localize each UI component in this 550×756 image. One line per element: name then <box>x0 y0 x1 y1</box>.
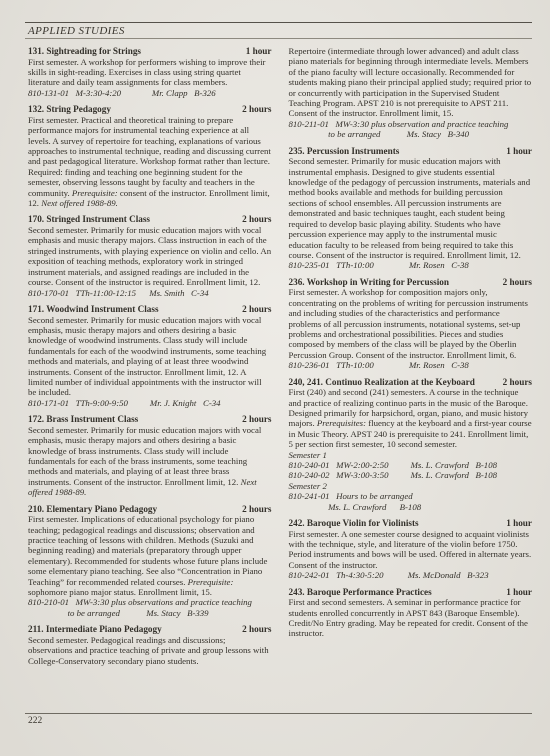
course-heading: 240, 241. Continuo Realization at the Ke… <box>289 377 533 388</box>
course-heading: 242. Baroque Violin for Violinists1 hour <box>289 518 533 529</box>
schedule-line: to be arranged Ms. Stacy B-339 <box>28 608 272 618</box>
schedule-line: to be arranged Ms. Stacy B-340 <box>289 129 533 139</box>
course-entry: 210. Elementary Piano Pedagogy2 hoursFir… <box>28 504 272 619</box>
text-run: Second semester. Primarily for music edu… <box>28 315 266 398</box>
catalog-page: APPLIED STUDIES 131. Sightreading for St… <box>0 0 550 756</box>
schedule-line: 810-210-01 MW-3:30 plus observations and… <box>28 597 272 607</box>
course-heading: 131. Sightreading for Strings1 hour <box>28 46 272 57</box>
course-description: Repertoire (intermediate through lower a… <box>289 46 533 119</box>
course-description: Second semester. Primarily for music edu… <box>28 315 272 398</box>
text-run: First semester. A one semester course de… <box>289 529 532 570</box>
course-hours: 2 hours <box>242 304 271 315</box>
course-entry: 131. Sightreading for Strings1 hourFirst… <box>28 46 272 98</box>
course-continuation: Repertoire (intermediate through lower a… <box>289 46 533 140</box>
schedule-line: 810-236-01 TTh-10:00 Mr. Rosen C-38 <box>289 360 533 370</box>
course-entry: 235. Percussion Instruments1 hourSecond … <box>289 146 533 271</box>
text-run: Second semester. Primarily for music edu… <box>289 156 531 260</box>
schedule-line: 810-235-01 TTh-10:00 Mr. Rosen C-38 <box>289 260 533 270</box>
course-entry: 132. String Pedagogy2 hoursFirst semeste… <box>28 104 272 208</box>
schedule-line: Ms. L. Crawford B-108 <box>289 502 533 512</box>
schedule-line: 810-170-01 TTh-11:00-12:15 Ms. Smith C-3… <box>28 288 272 298</box>
course-description: Second semester. Primarily for music edu… <box>28 225 272 287</box>
course-title: 132. String Pedagogy <box>28 104 111 115</box>
course-description: First semester. Implications of educatio… <box>28 514 272 597</box>
course-title: 235. Percussion Instruments <box>289 146 400 157</box>
footer-rule <box>25 713 532 714</box>
text-run: First semester. Practical and theoretica… <box>28 115 271 198</box>
schedule-line: Semester 1 <box>289 450 533 460</box>
course-description: First and second semesters. A seminar in… <box>289 597 533 639</box>
course-entry: 172. Brass Instrument Class2 hoursSecond… <box>28 414 272 497</box>
text-run: Repertoire (intermediate through lower a… <box>289 46 532 118</box>
italic-run: Prerequisite: <box>72 188 118 198</box>
course-heading: 236. Workshop in Writing for Percussion2… <box>289 277 533 288</box>
text-columns: 131. Sightreading for Strings1 hourFirst… <box>28 46 532 666</box>
schedule-line: 810-240-01 MW-2:00-2:50 Ms. L. Crawford … <box>289 460 533 470</box>
course-hours: 2 hours <box>503 277 532 288</box>
schedule-line: 810-171-01 TTh-9:00-9:50 Mr. J. Knight C… <box>28 398 272 408</box>
course-description: First semester. A one semester course de… <box>289 529 533 571</box>
right-column: Repertoire (intermediate through lower a… <box>289 46 533 666</box>
italic-run: Prerequisite: <box>188 577 234 587</box>
text-run: Second semester. Primarily for music edu… <box>28 425 261 487</box>
course-heading: 210. Elementary Piano Pedagogy2 hours <box>28 504 272 515</box>
text-run: First semester. A workshop for performer… <box>28 57 265 88</box>
course-entry: 240, 241. Continuo Realization at the Ke… <box>289 377 533 512</box>
course-title: 211. Intermediate Piano Pedagogy <box>28 624 162 635</box>
running-head: APPLIED STUDIES <box>28 25 125 37</box>
schedule-line: 810-241-01 Hours to be arranged <box>289 491 533 501</box>
course-hours: 2 hours <box>242 104 271 115</box>
course-hours: 1 hour <box>246 46 272 57</box>
course-hours: 2 hours <box>242 414 271 425</box>
course-heading: 243. Baroque Performance Practices1 hour <box>289 587 533 598</box>
schedule-line: 810-242-01 Th-4:30-5:20 Ms. McDonald B-3… <box>289 570 533 580</box>
course-entry: 170. Stringed Instrument Class2 hoursSec… <box>28 214 272 297</box>
course-description: Second semester. Primarily for music edu… <box>289 156 533 260</box>
running-head-underline <box>25 38 532 39</box>
text-run: Second semester. Primarily for music edu… <box>28 225 271 287</box>
text-run: First semester. A workshop for compositi… <box>289 287 528 359</box>
course-title: 210. Elementary Piano Pedagogy <box>28 504 157 515</box>
course-heading: 132. String Pedagogy2 hours <box>28 104 272 115</box>
italic-run: Next offered 1988-89. <box>41 198 118 208</box>
course-hours: 2 hours <box>242 504 271 515</box>
schedule-line: Semester 2 <box>289 481 533 491</box>
course-entry: 236. Workshop in Writing for Percussion2… <box>289 277 533 371</box>
course-heading: 211. Intermediate Piano Pedagogy2 hours <box>28 624 272 635</box>
course-entry: 242. Baroque Violin for Violinists1 hour… <box>289 518 533 581</box>
course-heading: 171. Woodwind Instrument Class2 hours <box>28 304 272 315</box>
left-column: 131. Sightreading for Strings1 hourFirst… <box>28 46 272 666</box>
schedule-line: 810-240-02 MW-3:00-3:50 Ms. L. Crawford … <box>289 470 533 480</box>
course-title: 171. Woodwind Instrument Class <box>28 304 159 315</box>
text-run: First and second semesters. A seminar in… <box>289 597 528 638</box>
course-title: 170. Stringed Instrument Class <box>28 214 150 225</box>
course-hours: 1 hour <box>506 587 532 598</box>
text-run: Second semester. Pedagogical readings an… <box>28 635 269 666</box>
course-title: 243. Baroque Performance Practices <box>289 587 432 598</box>
course-description: First semester. A workshop for compositi… <box>289 287 533 360</box>
course-hours: 2 hours <box>242 214 271 225</box>
course-hours: 2 hours <box>242 624 271 635</box>
italic-run: Prerequisites: <box>317 418 366 428</box>
course-description: Second semester. Pedagogical readings an… <box>28 635 272 666</box>
course-description: First semester. A workshop for performer… <box>28 57 272 88</box>
course-heading: 235. Percussion Instruments1 hour <box>289 146 533 157</box>
text-run: sophomore piano major status. Enrollment… <box>28 587 212 597</box>
page-number: 222 <box>28 716 42 726</box>
course-title: 172. Brass Instrument Class <box>28 414 138 425</box>
top-rule <box>25 22 532 23</box>
course-heading: 170. Stringed Instrument Class2 hours <box>28 214 272 225</box>
course-description: First semester. Practical and theoretica… <box>28 115 272 209</box>
course-entry: 211. Intermediate Piano Pedagogy2 hoursS… <box>28 624 272 666</box>
schedule-line: 810-131-01 M-3:30-4:20 Mr. Clapp B-326 <box>28 88 272 98</box>
course-title: 240, 241. Continuo Realization at the Ke… <box>289 377 475 388</box>
course-title: 236. Workshop in Writing for Percussion <box>289 277 449 288</box>
course-title: 242. Baroque Violin for Violinists <box>289 518 419 529</box>
course-heading: 172. Brass Instrument Class2 hours <box>28 414 272 425</box>
schedule-line: 810-211-01 MW-3:30 plus observation and … <box>289 119 533 129</box>
course-entry: 171. Woodwind Instrument Class2 hoursSec… <box>28 304 272 408</box>
course-entry: 243. Baroque Performance Practices1 hour… <box>289 587 533 639</box>
course-hours: 1 hour <box>506 518 532 529</box>
course-hours: 1 hour <box>506 146 532 157</box>
course-description: Second semester. Primarily for music edu… <box>28 425 272 498</box>
course-title: 131. Sightreading for Strings <box>28 46 141 57</box>
course-hours: 2 hours <box>503 377 532 388</box>
course-description: First (240) and second (241) semesters. … <box>289 387 533 449</box>
